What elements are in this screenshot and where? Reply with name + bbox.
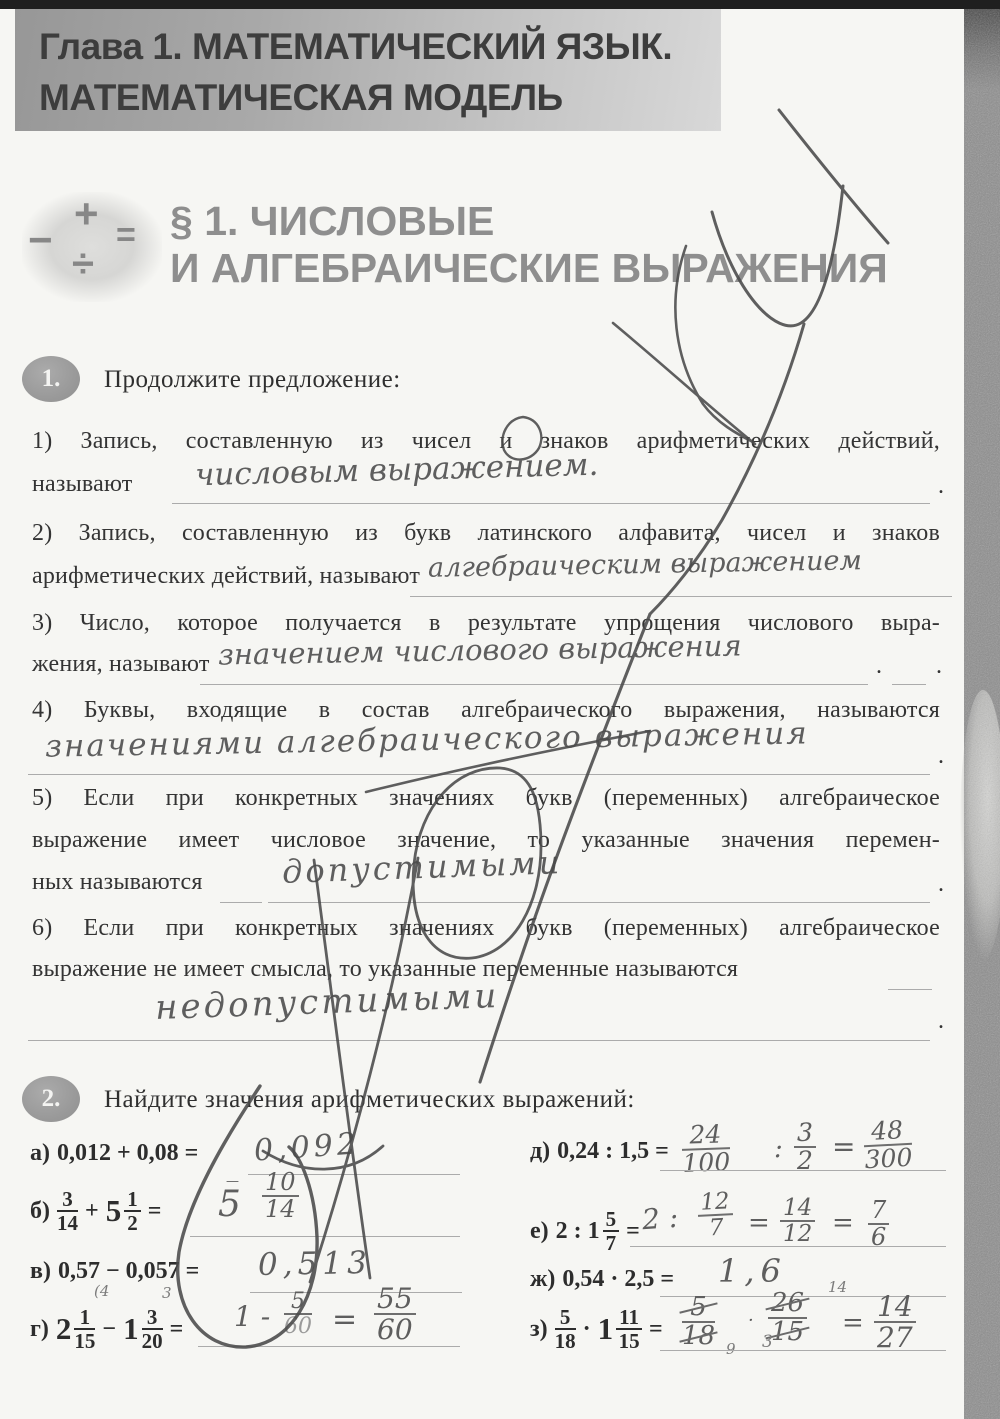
printed-fraction: 57 <box>603 1208 620 1254</box>
period: . <box>936 653 942 680</box>
item-a-label: а) <box>30 1140 50 1167</box>
task1-item2-answer: алгебраическим выражением <box>428 545 862 584</box>
item-d-answer-fraction1: 24100 <box>681 1121 731 1177</box>
task2-item-g: (4 3 г) 2 115 − 1 320 = 1 - 560 = 5560 <box>30 1306 460 1352</box>
item-g-label: г) <box>30 1316 49 1343</box>
equals-sign: = <box>148 1198 162 1225</box>
item-z-answer-fraction3: 1427 <box>874 1292 916 1353</box>
answer-line <box>190 1236 460 1237</box>
item-e-equals2: = <box>832 1208 854 1238</box>
task2-item-zh: ж) 0,54 · 2,5 = 1,6 <box>530 1266 962 1293</box>
answer-line <box>198 1346 460 1347</box>
answer-line <box>220 902 262 903</box>
task1-item6-answer: недопустимыми <box>154 976 499 1028</box>
item-d-answer-fraction3: 48300 <box>863 1117 914 1174</box>
item-d-answer-fraction2: 32 <box>794 1120 816 1175</box>
item-e-answer-fraction2: 1412 <box>780 1196 815 1246</box>
task2-number: 2. <box>42 1085 61 1113</box>
item-z-label: з) <box>530 1316 548 1343</box>
answer-line <box>660 1350 946 1351</box>
equals-sign: = <box>626 1218 640 1245</box>
item-g-answer-fraction2: 5560 <box>374 1284 416 1345</box>
section-title: § 1. ЧИСЛОВЫЕ И АЛГЕБРАИЧЕСКИЕ ВЫРАЖЕНИЯ <box>170 198 888 292</box>
answer-line <box>172 503 930 504</box>
scan-top-edge <box>0 0 1000 9</box>
item-g-answer-equals: = <box>332 1302 357 1337</box>
answer-line <box>410 596 952 597</box>
item-e-label: е) <box>530 1218 549 1245</box>
minus-icon: − <box>28 216 53 264</box>
period: . <box>938 1008 944 1035</box>
section-title-line2: И АЛГЕБРАИЧЕСКИЕ ВЫРАЖЕНИЯ <box>170 245 888 292</box>
task2-item-v: в) 0,57 − 0,057 = 0,513 <box>30 1258 460 1285</box>
item-b-label: б) <box>30 1198 50 1225</box>
divide-icon: ÷ <box>72 242 94 287</box>
printed-fraction: 1115 <box>616 1306 642 1352</box>
period: . <box>938 871 944 898</box>
item-z-answer-fraction2: 2615 <box>768 1290 807 1347</box>
equals-sign: = <box>649 1316 663 1343</box>
item-b-answer-whole: 5 <box>218 1184 241 1225</box>
printed-fraction: 518 <box>555 1306 576 1352</box>
answer-line <box>250 1292 462 1293</box>
whole-number: 1 <box>598 1311 614 1347</box>
item-z-sub-note: 9 <box>726 1340 736 1358</box>
item-v-answer: 0,513 <box>258 1245 372 1283</box>
item-b-answer-fraction: 1014 <box>262 1170 299 1222</box>
answer-line <box>268 902 930 903</box>
task1-item2-lead: арифметических действий, называют <box>32 563 420 590</box>
whole-number: 5 <box>106 1193 122 1229</box>
whole-number: 2 <box>56 1311 72 1347</box>
answer-line <box>28 1040 930 1041</box>
operator: · <box>583 1316 591 1343</box>
item-d-expression: 0,24 : 1,5 = <box>557 1138 669 1165</box>
item-v-expression: 0,57 − 0,057 = <box>58 1258 199 1285</box>
item-z-dot: · <box>748 1310 754 1331</box>
item-d-equals: = <box>832 1130 855 1163</box>
task1-item6-line1: 6) Если при конкретных значениях букв (п… <box>32 915 940 942</box>
item-a-answer: 0,092 <box>253 1126 361 1168</box>
workbook-page: Глава 1. МАТЕМАТИЧЕСКИЙ ЯЗЫК. МАТЕМАТИЧЕ… <box>0 0 1000 1419</box>
task2-item-z: з) 518 · 1 1115 = 518 9 · 14 2615 3 = 14… <box>530 1306 962 1352</box>
pen-stroke <box>613 323 755 444</box>
item-e-answer-lead: 2 : <box>641 1201 679 1236</box>
math-symbols-icon: + − = ÷ <box>22 192 162 302</box>
operator: − <box>102 1316 116 1343</box>
answer-line <box>892 684 926 685</box>
section-title-line1: § 1. ЧИСЛОВЫЕ <box>170 198 888 245</box>
task2-item-d: д) 0,24 : 1,5 = 24100 : 32 = 48300 <box>530 1138 962 1165</box>
task1-item3-lead: жения, называют <box>32 651 210 678</box>
task1-item1-lead: называют <box>32 471 132 498</box>
operator: + <box>85 1198 99 1225</box>
item-g-note2: 3 <box>162 1284 172 1302</box>
item-g-answer-lead: 1 - <box>234 1300 270 1333</box>
item-z-num-note: 14 <box>828 1278 847 1296</box>
task1-item5-lead: ных называются <box>32 869 203 896</box>
task2-item-a: а) 0,012 + 0,08 = 0,092 <box>30 1140 460 1167</box>
item-zh-expression: 0,54 · 2,5 = <box>562 1266 674 1293</box>
period: . <box>938 473 944 500</box>
answer-line <box>660 1170 946 1171</box>
item-g-answer-fraction1: 560 <box>284 1290 312 1338</box>
item-e-lead: 2 : 1 <box>556 1218 600 1245</box>
item-e-answer-fraction1: 127 <box>697 1189 735 1241</box>
item-z-equals: = <box>842 1308 864 1338</box>
item-d-colon: : <box>774 1134 783 1164</box>
printed-fraction: 115 <box>74 1306 95 1352</box>
chapter-title-line1: Глава 1. МАТЕМАТИЧЕСКИЙ ЯЗЫК. <box>39 21 721 72</box>
item-z-pre-note: 3 <box>762 1332 773 1352</box>
period: . <box>938 743 944 770</box>
scan-noise <box>964 0 1000 1419</box>
task2-badge: 2. <box>22 1076 80 1122</box>
item-z-answer-fraction1: 518 <box>682 1294 715 1351</box>
printed-fraction: 320 <box>142 1306 163 1352</box>
task2-title: Найдите значения арифметических выражени… <box>104 1086 635 1114</box>
answer-line <box>888 989 932 990</box>
item-d-label: д) <box>530 1138 550 1165</box>
task1-item5-line1: 5) Если при конкретных значениях букв (п… <box>32 785 940 812</box>
printed-fraction: 12 <box>124 1188 141 1234</box>
task1-badge: 1. <box>22 356 80 402</box>
item-zh-label: ж) <box>530 1266 555 1293</box>
task1-item2-line1: 2) Запись, составленную из букв латинско… <box>32 520 940 547</box>
chapter-header: Глава 1. МАТЕМАТИЧЕСКИЙ ЯЗЫК. МАТЕМАТИЧЕ… <box>15 9 721 131</box>
equals-sign: = <box>170 1316 184 1343</box>
period: . <box>876 653 882 680</box>
answer-line <box>630 1246 946 1247</box>
item-a-expression: 0,012 + 0,08 = <box>57 1140 198 1167</box>
answer-line <box>28 774 930 775</box>
task1-number: 1. <box>42 365 61 393</box>
task1-title: Продолжите предложение: <box>104 366 401 394</box>
chapter-title-line2: МАТЕМАТИЧЕСКАЯ МОДЕЛЬ <box>39 72 721 123</box>
equals-icon: = <box>116 216 136 255</box>
item-e-answer-fraction3: 76 <box>868 1198 889 1250</box>
scan-right-edge <box>964 0 1000 1419</box>
item-v-label: в) <box>30 1258 51 1285</box>
whole-number: 1 <box>123 1311 139 1347</box>
item-zh-answer: 1,6 <box>718 1252 787 1290</box>
answer-line <box>200 684 868 685</box>
item-g-note1: (4 <box>94 1282 109 1300</box>
item-e-equals1: = <box>748 1208 770 1238</box>
task2-item-e: е) 2 : 1 57 = 2 : 127 = 1412 = 76 <box>530 1208 962 1254</box>
plus-icon: + <box>74 190 99 238</box>
task2-item-b: б) 314 + 5 12 = — 5 1014 <box>30 1188 460 1234</box>
printed-fraction: 314 <box>57 1188 78 1234</box>
